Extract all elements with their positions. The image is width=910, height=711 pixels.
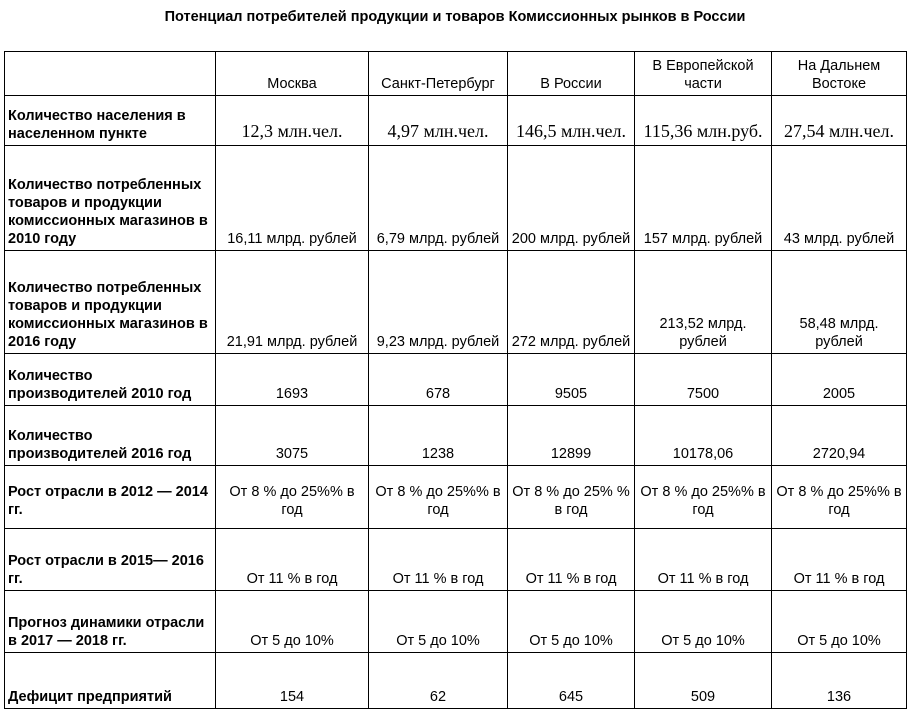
header-cell-spb: Санкт-Петербург xyxy=(369,52,508,96)
table-cell: От 5 до 10% xyxy=(216,591,369,653)
table-cell: 12899 xyxy=(508,406,635,466)
row-header: Количество потребленных товаров и продук… xyxy=(5,251,216,354)
table-cell: 12,3 млн.чел. xyxy=(216,96,369,146)
table-row-producers-2010: Количество производителей 2010 год 1693 … xyxy=(5,354,907,406)
table-cell: 678 xyxy=(369,354,508,406)
table-row-population: Количество населения в населенном пункте… xyxy=(5,96,907,146)
header-row: Москва Санкт-Петербург В России В Европе… xyxy=(5,52,907,96)
table-cell: 62 xyxy=(369,653,508,709)
row-header: Количество потребленных товаров и продук… xyxy=(5,146,216,251)
table-cell: 272 млрд. рублей xyxy=(508,251,635,354)
table-cell: 27,54 млн.чел. xyxy=(772,96,907,146)
header-cell-russia: В России xyxy=(508,52,635,96)
table-cell: 509 xyxy=(635,653,772,709)
table-cell: 115,36 млн.руб. xyxy=(635,96,772,146)
table-cell: 7500 xyxy=(635,354,772,406)
table-cell: От 5 до 10% xyxy=(772,591,907,653)
row-header: Рост отрасли в 2012 — 2014 гг. xyxy=(5,466,216,529)
header-cell-far-east: На Дальнем Востоке xyxy=(772,52,907,96)
table-cell: От 8 % до 25% % в год xyxy=(508,466,635,529)
table-cell: 146,5 млн.чел. xyxy=(508,96,635,146)
table-row-enterprise-deficit: Дефицит предприятий 154 62 645 509 136 xyxy=(5,653,907,709)
table-cell: 1238 xyxy=(369,406,508,466)
table-cell: От 11 % в год xyxy=(635,529,772,591)
header-cell-empty xyxy=(5,52,216,96)
table-cell: 136 xyxy=(772,653,907,709)
table-cell: 2720,94 xyxy=(772,406,907,466)
table-cell: 154 xyxy=(216,653,369,709)
table-row-growth-2015-2016: Рост отрасли в 2015— 2016 гг. От 11 % в … xyxy=(5,529,907,591)
table-cell: 9505 xyxy=(508,354,635,406)
header-cell-moscow: Москва xyxy=(216,52,369,96)
row-header: Рост отрасли в 2015— 2016 гг. xyxy=(5,529,216,591)
table-cell: От 11 % в год xyxy=(772,529,907,591)
table-cell: 3075 xyxy=(216,406,369,466)
row-header: Дефицит предприятий xyxy=(5,653,216,709)
table-cell: 645 xyxy=(508,653,635,709)
row-header: Прогноз динамики отрасли в 2017 — 2018 г… xyxy=(5,591,216,653)
table-row-consumption-2016: Количество потребленных товаров и продук… xyxy=(5,251,907,354)
table-cell: 16,11 млрд. рублей xyxy=(216,146,369,251)
table-cell: От 11 % в год xyxy=(216,529,369,591)
row-header: Количество населения в населенном пункте xyxy=(5,96,216,146)
table-row-growth-2012-2014: Рост отрасли в 2012 — 2014 гг. От 8 % до… xyxy=(5,466,907,529)
row-header: Количество производителей 2010 год xyxy=(5,354,216,406)
table-cell: 1693 xyxy=(216,354,369,406)
table-cell: 43 млрд. рублей xyxy=(772,146,907,251)
table-row-consumption-2010: Количество потребленных товаров и продук… xyxy=(5,146,907,251)
table-cell: 200 млрд. рублей xyxy=(508,146,635,251)
table-cell: 9,23 млрд. рублей xyxy=(369,251,508,354)
table-cell: От 8 % до 25%% в год xyxy=(772,466,907,529)
table-cell: 21,91 млрд. рублей xyxy=(216,251,369,354)
table-cell: 6,79 млрд. рублей xyxy=(369,146,508,251)
consumer-potential-table: Москва Санкт-Петербург В России В Европе… xyxy=(4,51,907,709)
table-cell: 58,48 млрд. рублей xyxy=(772,251,907,354)
table-cell: От 8 % до 25%% в год xyxy=(216,466,369,529)
table-cell: От 11 % в год xyxy=(369,529,508,591)
table-cell: От 5 до 10% xyxy=(635,591,772,653)
table-row-producers-2016: Количество производителей 2016 год 3075 … xyxy=(5,406,907,466)
table-cell: От 11 % в год xyxy=(508,529,635,591)
table-cell: 157 млрд. рублей xyxy=(635,146,772,251)
table-cell: От 5 до 10% xyxy=(508,591,635,653)
table-row-forecast-2017-2018: Прогноз динамики отрасли в 2017 — 2018 г… xyxy=(5,591,907,653)
table-cell: 4,97 млн.чел. xyxy=(369,96,508,146)
table-cell: От 5 до 10% xyxy=(369,591,508,653)
table-cell: 10178,06 xyxy=(635,406,772,466)
table-cell: От 8 % до 25%% в год xyxy=(369,466,508,529)
document-title: Потенциал потребителей продукции и товар… xyxy=(0,9,910,25)
table-cell: 2005 xyxy=(772,354,907,406)
row-header: Количество производителей 2016 год xyxy=(5,406,216,466)
header-cell-european-part: В Европейской части xyxy=(635,52,772,96)
table-cell: От 8 % до 25%% в год xyxy=(635,466,772,529)
table-cell: 213,52 млрд. рублей xyxy=(635,251,772,354)
